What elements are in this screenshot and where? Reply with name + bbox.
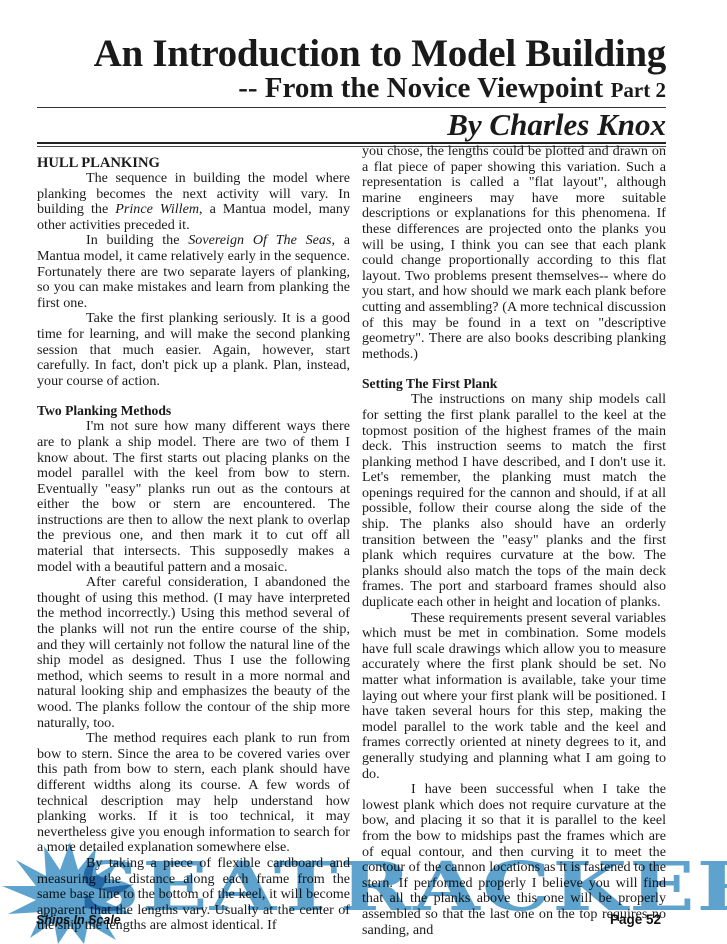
right-column: you chose, the lengths could be plotted … xyxy=(362,144,666,938)
section-heading-hull-planking: HULL PLANKING xyxy=(37,155,350,171)
part-label: Part 2 xyxy=(611,78,666,102)
ship-name: Prince Willem xyxy=(115,201,199,217)
subtitle-text: -- From the Novice Viewpoint xyxy=(238,72,603,104)
paragraph: you chose, the lengths could be plotted … xyxy=(362,144,666,362)
paragraph: In building the Sovereign Of The Seas, a… xyxy=(37,233,350,311)
publication-name: Ships In Scale xyxy=(36,913,121,927)
paragraph: The method requires each plank to run fr… xyxy=(37,731,350,856)
text-run: In building the xyxy=(86,232,188,248)
article-title: An Introduction to Model Building xyxy=(94,34,666,74)
section-heading-setting-first-plank: Setting The First Plank xyxy=(362,376,666,392)
magazine-page: An Introduction to Model Building -- Fro… xyxy=(0,0,727,944)
author-byline: By Charles Knox xyxy=(447,107,666,143)
page-number: Page 52 xyxy=(610,912,661,927)
section-heading-two-planking-methods: Two Planking Methods xyxy=(37,403,350,419)
spacer xyxy=(362,362,666,376)
paragraph: The sequence in building the model where… xyxy=(37,171,350,233)
paragraph: I'm not sure how many different ways the… xyxy=(37,419,350,575)
paragraph: These requirements present several varia… xyxy=(362,611,666,783)
article-subtitle: -- From the Novice Viewpoint Part 2 xyxy=(238,73,666,105)
paragraph: The instructions on many ship models cal… xyxy=(362,392,666,610)
paragraph: Take the first planking seriously. It is… xyxy=(37,311,350,389)
paragraph: After careful consideration, I abandoned… xyxy=(37,575,350,731)
spacer xyxy=(37,389,350,403)
left-column: HULL PLANKING The sequence in building t… xyxy=(37,155,350,934)
ship-name: Sovereign Of The Seas xyxy=(188,232,331,248)
